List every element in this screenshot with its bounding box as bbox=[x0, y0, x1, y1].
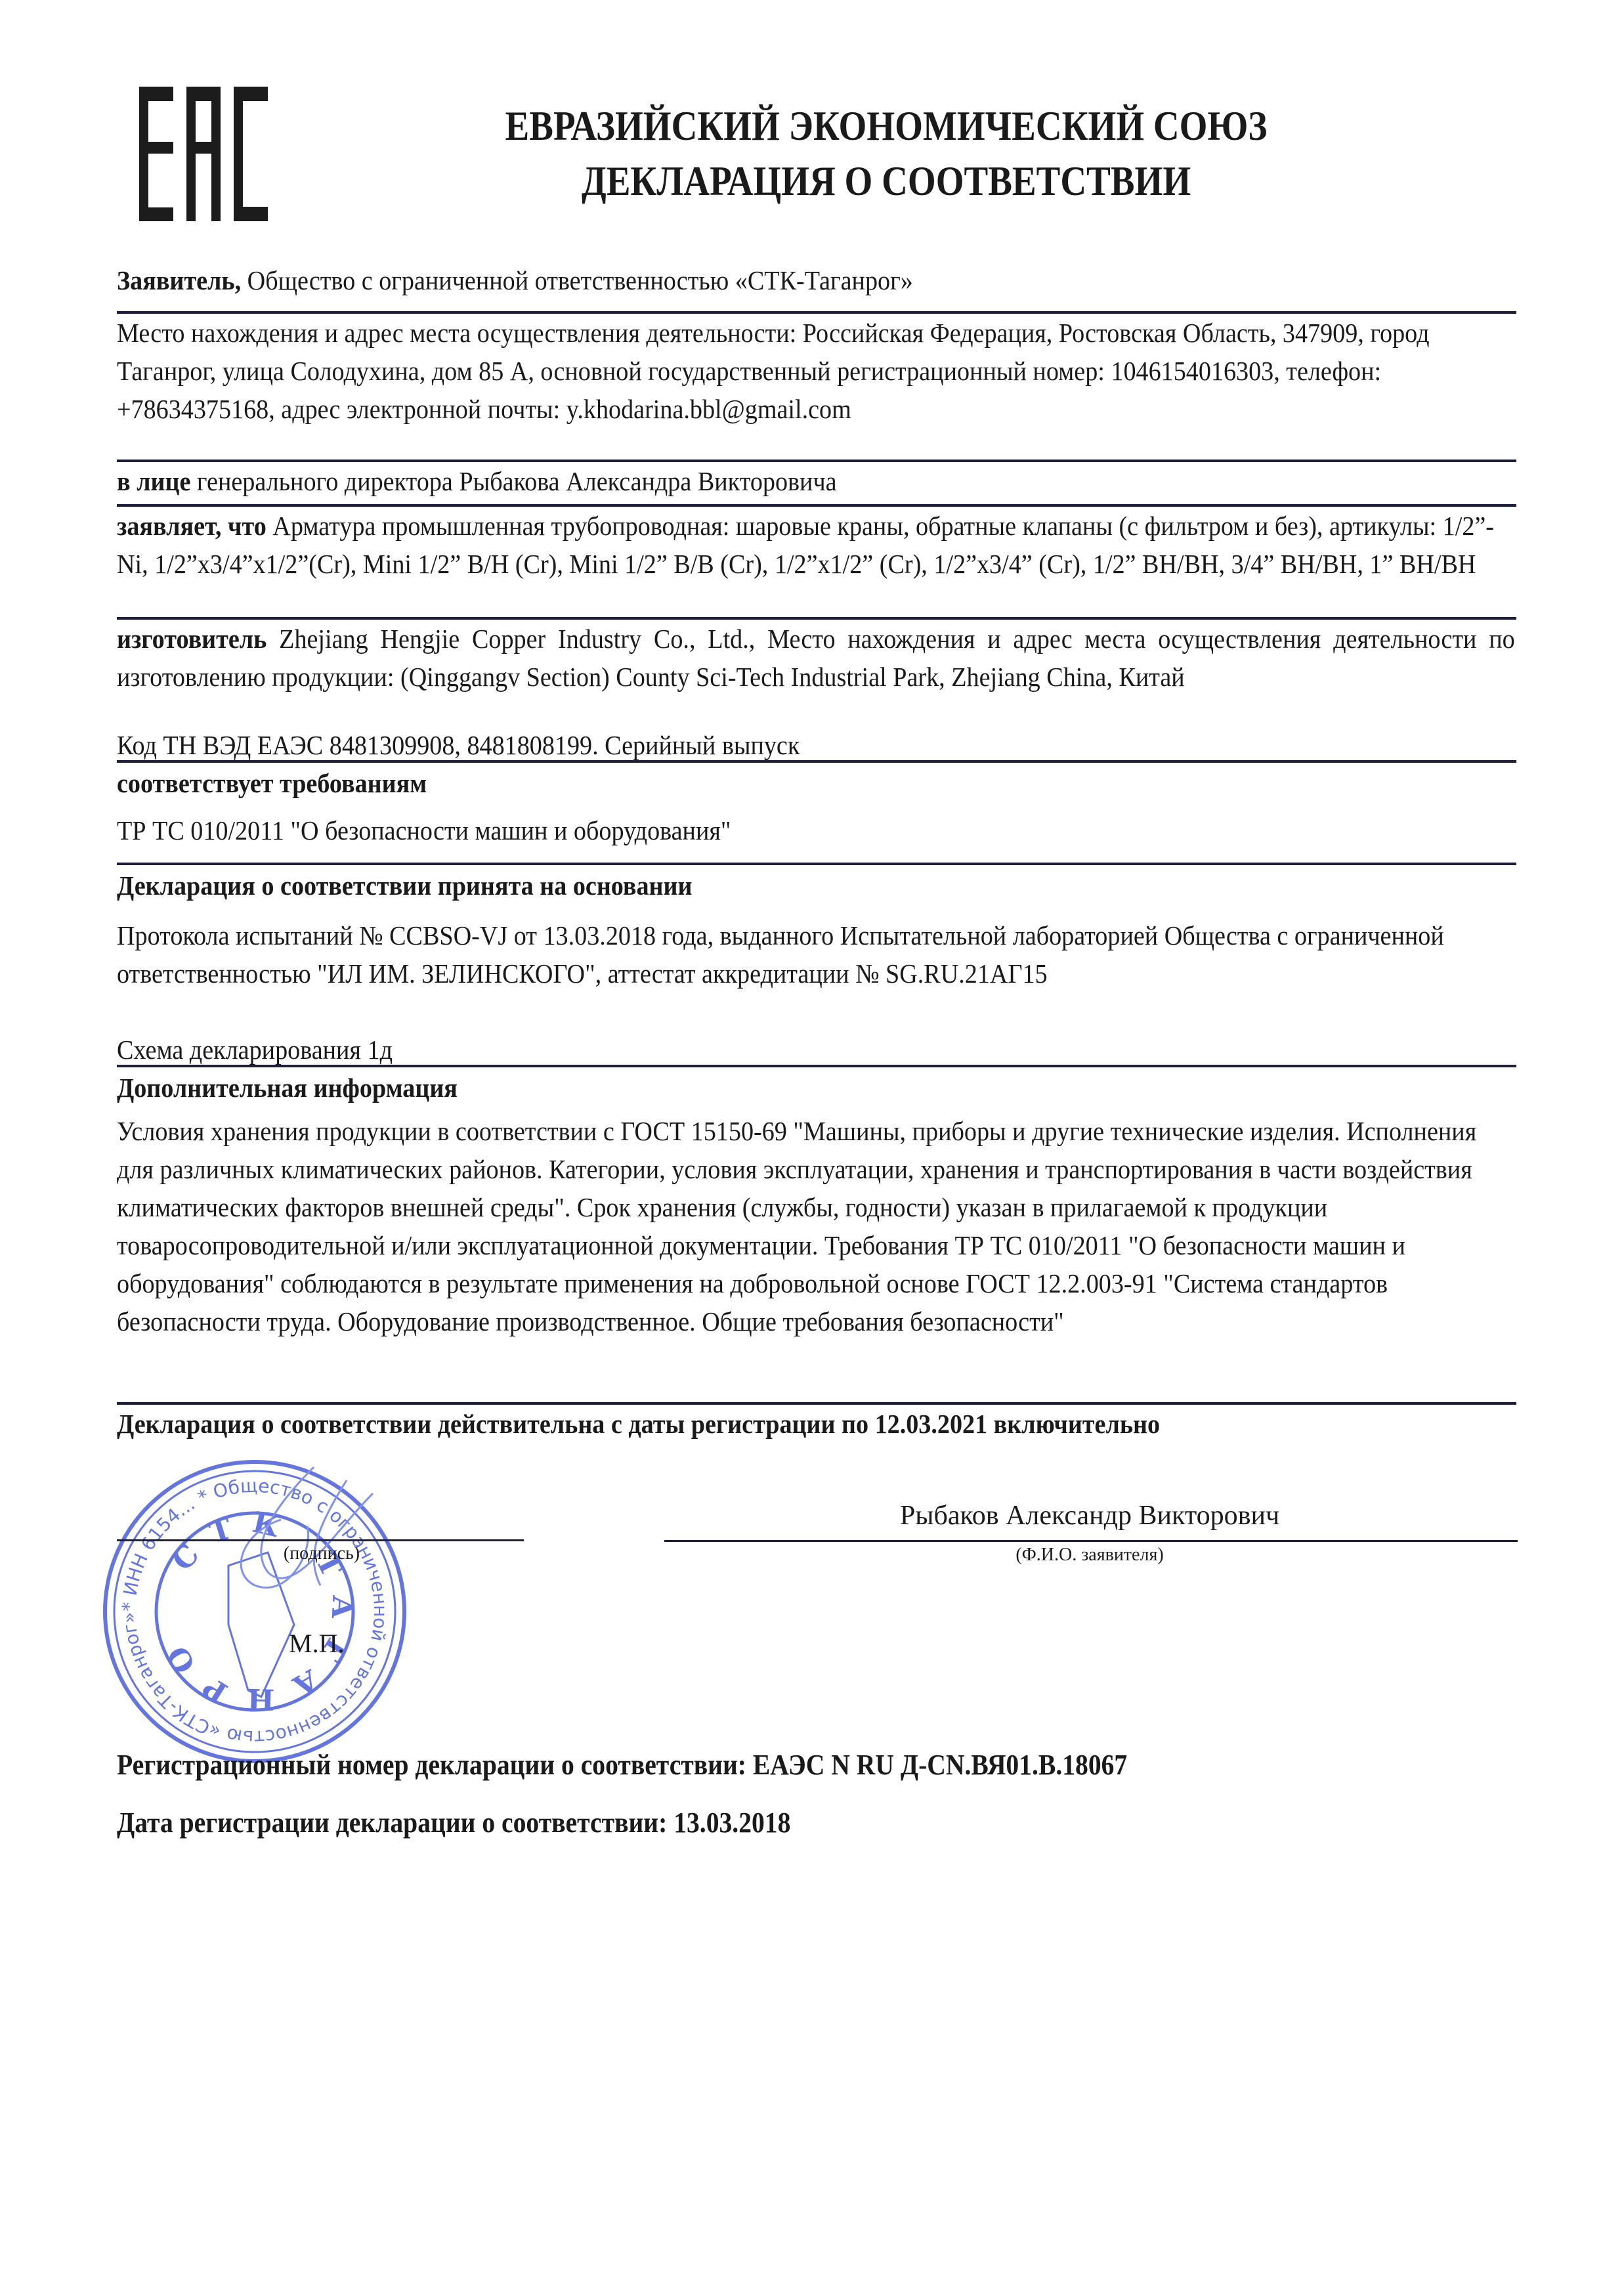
validity-text: Декларация о соответствии действительна … bbox=[117, 1409, 1160, 1439]
registration-date: Дата регистрации декларации о соответств… bbox=[117, 1804, 790, 1842]
basis-value: Протокола испытаний № CCBSO-VJ от 13.03.… bbox=[117, 916, 1515, 993]
additional-heading: Дополнительная информация bbox=[117, 1069, 1515, 1107]
divider bbox=[117, 863, 1516, 865]
applicant-name-caption: (Ф.И.О. заявителя) bbox=[656, 1544, 1523, 1566]
signature-line bbox=[117, 1539, 524, 1541]
applicant-value: Общество с ограниченной ответственностью… bbox=[241, 265, 913, 295]
address-field: Место нахождения и адрес места осуществл… bbox=[117, 314, 1515, 428]
validity-statement: Декларация о соответствии действительна … bbox=[117, 1405, 1515, 1443]
applicant-field: Заявитель, Общество с ограниченной ответ… bbox=[117, 261, 1515, 299]
basis-label: Декларация о соответствии принята на осн… bbox=[117, 870, 692, 901]
declaration-document: ЕВРАЗИЙСКИЙ ЭКОНОМИЧЕСКИЙ СОЮЗ ДЕКЛАРАЦИ… bbox=[0, 0, 1624, 2287]
applicant-label: Заявитель, bbox=[117, 265, 241, 295]
conforms-value: ТР ТС 010/2011 "О безопасности машин и о… bbox=[117, 811, 1515, 849]
product-description-field: заявляет, что Арматура промышленная труб… bbox=[117, 507, 1515, 583]
signature-caption: (подпись) bbox=[236, 1543, 407, 1565]
declares-label: заявляет, что bbox=[117, 511, 267, 541]
divider bbox=[117, 760, 1516, 763]
registration-number-value: ЕАЭС N RU Д-CN.ВЯ01.В.18067 bbox=[746, 1749, 1127, 1781]
company-seal-icon: * ИНН 6154... * Общество с ограниченной … bbox=[97, 1454, 412, 1769]
representative-value: генерального директора Рыбакова Александ… bbox=[190, 466, 836, 496]
additional-label: Дополнительная информация bbox=[117, 1073, 458, 1103]
representative-field: в лице генерального директора Рыбакова А… bbox=[117, 462, 1515, 500]
title-line-union: ЕВРАЗИЙСКИЙ ЭКОНОМИЧЕСКИЙ СОЮЗ bbox=[429, 98, 1343, 154]
additional-value: Условия хранения продукции в соответстви… bbox=[117, 1112, 1515, 1340]
hs-code-field: Код ТН ВЭД ЕАЭС 8481309908, 8481808199. … bbox=[117, 726, 1515, 764]
registration-number-label: Регистрационный номер декларации о соотв… bbox=[117, 1749, 746, 1781]
declaration-scheme: Схема декларирования 1д bbox=[117, 1031, 1515, 1069]
eac-mark-icon bbox=[139, 87, 270, 221]
manufacturer-field: изготовитель Zhejiang Hengjie Copper Ind… bbox=[117, 620, 1515, 696]
declares-value: Арматура промышленная трубопроводная: ша… bbox=[117, 511, 1494, 579]
divider bbox=[117, 1065, 1516, 1067]
applicant-name-line bbox=[664, 1540, 1518, 1542]
registration-number: Регистрационный номер декларации о соотв… bbox=[117, 1746, 1127, 1784]
conforms-heading: соответствует требованиям bbox=[117, 768, 427, 798]
registration-date-label: Дата регистрации декларации о соответств… bbox=[117, 1806, 667, 1839]
manufacturer-label: изготовитель bbox=[117, 624, 267, 654]
document-title: ЕВРАЗИЙСКИЙ ЭКОНОМИЧЕСКИЙ СОЮЗ ДЕКЛАРАЦИ… bbox=[429, 98, 1343, 209]
conforms-label: соответствует требованиям bbox=[117, 764, 1515, 802]
basis-heading: Декларация о соответствии принята на осн… bbox=[117, 866, 1515, 905]
registration-date-value: 13.03.2018 bbox=[667, 1806, 790, 1839]
title-line-declaration: ДЕКЛАРАЦИЯ О СООТВЕТСТВИИ bbox=[429, 154, 1343, 209]
manufacturer-value: Zhejiang Hengjie Copper Industry Co., Lt… bbox=[117, 624, 1515, 692]
seal-placeholder-label: М.П. bbox=[289, 1628, 344, 1659]
applicant-name: Рыбаков Александр Викторович bbox=[656, 1497, 1523, 1535]
representative-label: в лице bbox=[117, 466, 190, 496]
